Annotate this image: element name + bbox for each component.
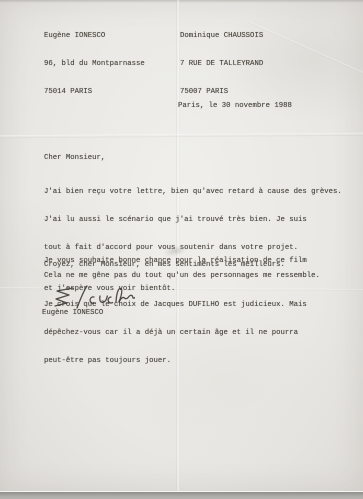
recipient-address-line1: 7 RUE DE TALLEYRAND: [180, 60, 263, 69]
recipient-address-block: Dominique CHAUSSOIS 7 RUE DE TALLEYRAND …: [180, 13, 263, 116]
handwritten-signature: [53, 283, 135, 311]
body-line: peut-être pas toujours jouer.: [44, 357, 342, 366]
photo-of-letter: Eugène IONESCO 96, bld du Montparnasse 7…: [0, 0, 363, 499]
dateline: Paris, le 30 novembre 1988: [178, 102, 292, 111]
sender-address-line1: 96, bld du Montparnasse: [44, 60, 145, 69]
body-line: J'ai bien reçu votre lettre, bien qu'ave…: [44, 188, 342, 197]
recipient-name: Dominique CHAUSSOIS: [180, 32, 263, 41]
recipient-address-line2: 75007 PARIS: [180, 88, 263, 97]
horizontal-crease-upper: [0, 133, 363, 139]
letter-paper: Eugène IONESCO 96, bld du Montparnasse 7…: [0, 0, 363, 492]
sender-name: Eugène IONESCO: [44, 32, 145, 41]
signature-typed-name: Eugène IONESCO: [42, 309, 103, 318]
sender-address-line2: 75014 PARIS: [44, 88, 145, 97]
paper-top-edge-shading: [0, 0, 363, 3]
diagonal-crease: [249, 22, 363, 85]
body-line: J'ai lu aussi le scénario que j'ai trouv…: [44, 216, 342, 225]
salutation: Cher Monsieur,: [44, 154, 105, 163]
closing-line: Croyez, cher Monsieur, en mes sentiments…: [44, 261, 285, 270]
table-surface-below-paper: [0, 492, 363, 499]
sender-address-block: Eugène IONESCO 96, bld du Montparnasse 7…: [44, 13, 145, 116]
body-line: dépêchez-vous car il a déjà un certain â…: [44, 329, 342, 338]
signature-scrawl-icon: [53, 283, 135, 311]
